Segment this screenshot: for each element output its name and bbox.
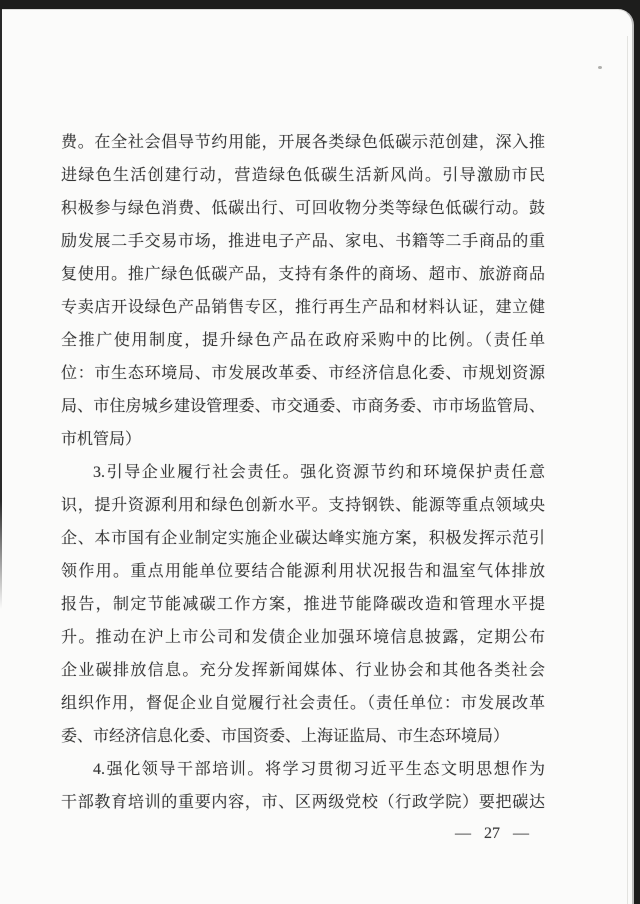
text-line: 进绿色生活创建行动，营造绿色低碳生活新风尚。引导激励市民 [61, 159, 545, 192]
text-line: 励发展二手交易市场，推进电子产品、家电、书籍等二手商品的重 [61, 225, 545, 258]
text-line: 识，提升资源利用和绿色创新水平。支持钢铁、能源等重点领域央 [61, 489, 545, 522]
text-line: 4.强化领导干部培训。将学习贯彻习近平生态文明思想作为 [61, 753, 545, 786]
text-line: 市机管局） [61, 423, 545, 456]
text-line: 专卖店开设绿色产品销售专区，推行再生产品和材料认证，建立健 [61, 291, 545, 324]
text-line: 积极参与绿色消费、低碳出行、可回收物分类等绿色低碳行动。鼓 [61, 192, 545, 225]
text-line: 企、本市国有企业制定实施企业碳达峰实施方案，积极发挥示范引 [61, 522, 545, 555]
text-line: 全推广使用制度，提升绿色产品在政府采购中的比例。（责任单 [61, 324, 545, 357]
document-page: 费。在全社会倡导节约用能，开展各类绿色低碳示范创建，深入推进绿色生活创建行动，营… [0, 9, 634, 904]
text-line: 委、市经济信息化委、市国资委、上海证监局、市生态环境局） [61, 720, 545, 753]
text-line: 干部教育培训的重要内容，市、区两级党校（行政学院）要把碳达 [61, 786, 545, 819]
scanned-document-screenshot: { "colors": { "scan_bg": "#1d1d1c", "pap… [0, 0, 640, 904]
text-line: 升。推动在沪上市公司和发债企业加强环境信息披露，定期公布 [61, 621, 545, 654]
text-line: 企业碳排放信息。充分发挥新闻媒体、行业协会和其他各类社会 [61, 654, 545, 687]
text-line: 复使用。推广绿色低碳产品，支持有条件的商场、超市、旅游商品 [61, 258, 545, 291]
text-line: 报告，制定节能减碳工作方案，推进节能降碳改造和管理水平提 [61, 588, 545, 621]
text-line: 局、市住房城乡建设管理委、市交通委、市商务委、市市场监管局、 [61, 390, 545, 423]
scan-edge-left [0, 9, 2, 609]
text-line: 领作用。重点用能单位要结合能源利用状况报告和温室气体排放 [61, 555, 545, 588]
text-line: 费。在全社会倡导节约用能，开展各类绿色低碳示范创建，深入推 [61, 126, 545, 159]
text-line: 组织作用，督促企业自觉履行社会责任。（责任单位：市发展改革 [61, 687, 545, 720]
scan-speck [598, 66, 602, 69]
page-number: — 27 — [428, 823, 556, 845]
body-text: 费。在全社会倡导节约用能，开展各类绿色低碳示范创建，深入推进绿色生活创建行动，营… [61, 126, 545, 819]
text-line: 3.引导企业履行社会责任。强化资源节约和环境保护责任意 [61, 456, 545, 489]
text-line: 位：市生态环境局、市发展改革委、市经济信息化委、市规划资源 [61, 357, 545, 390]
